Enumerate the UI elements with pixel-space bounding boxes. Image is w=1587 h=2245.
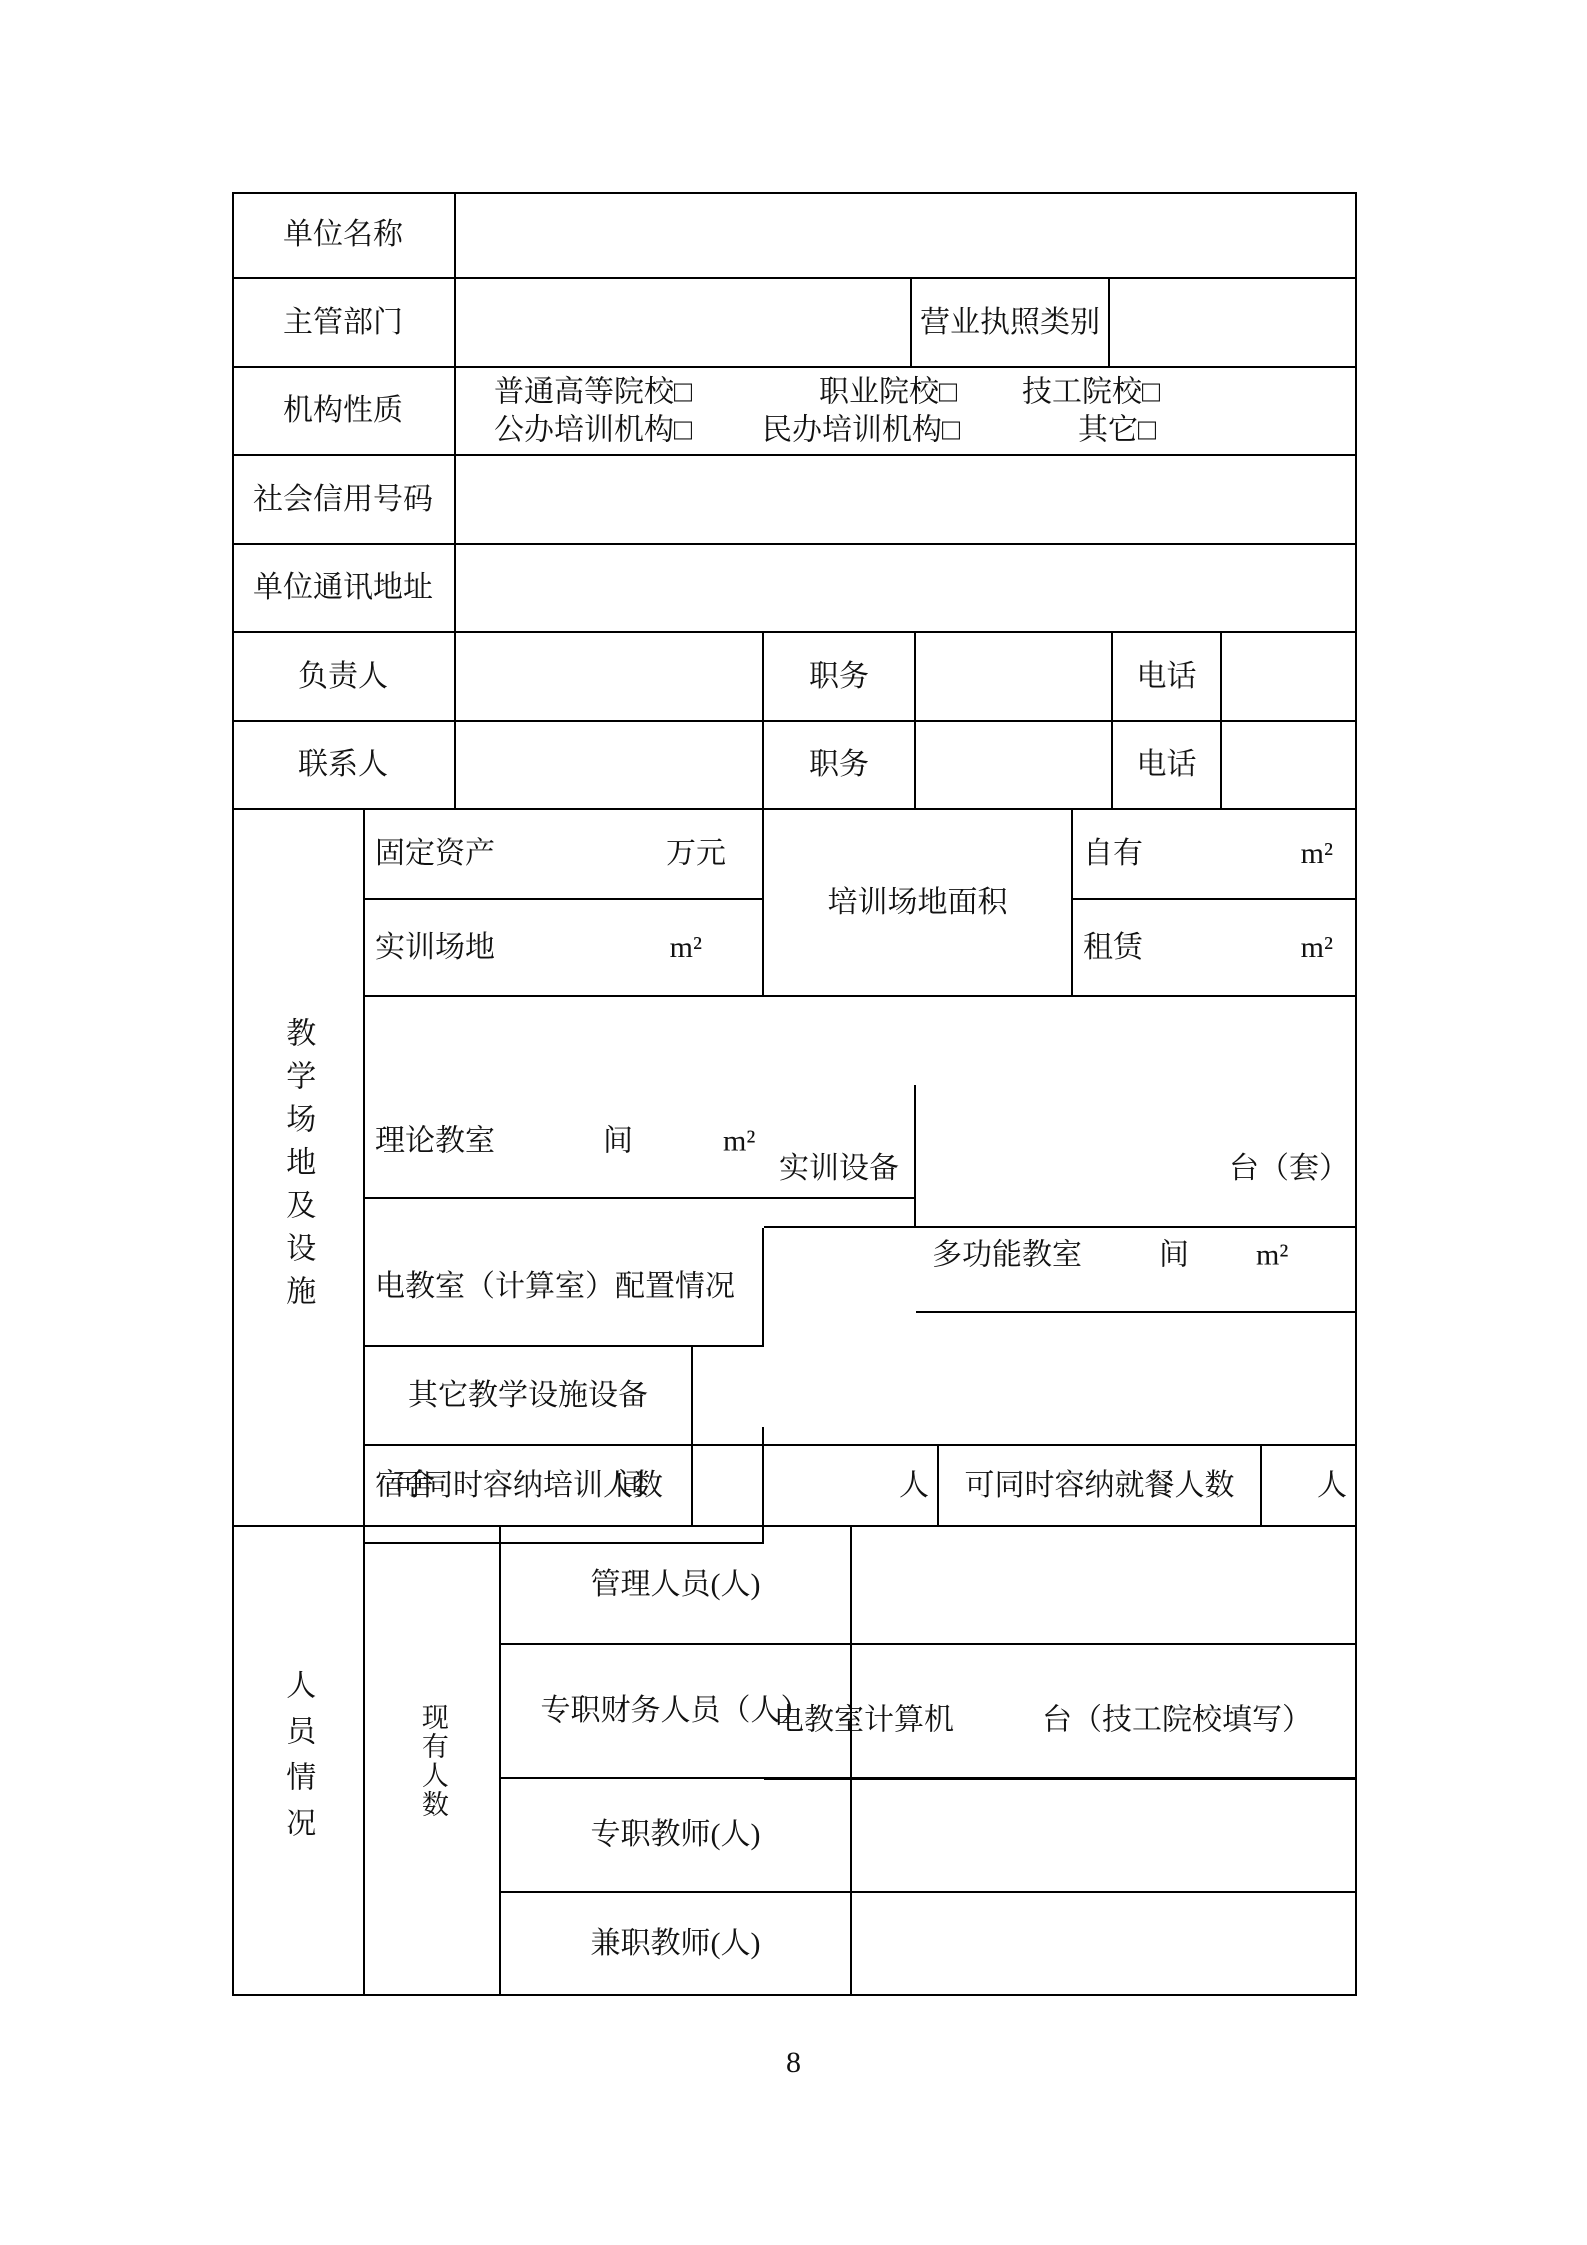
rent-area-cell[interactable]: 租赁 m²: [1073, 900, 1357, 997]
license-type-label: 营业执照类别: [912, 279, 1110, 368]
org-nature-label: 机构性质: [232, 368, 456, 456]
computer-room-label: 电教室（计算室）配置情况: [365, 1228, 764, 1347]
facilities-section-label: 教学场地及设施: [279, 1017, 317, 1318]
theory-room-label: 理论教室: [375, 1122, 495, 1160]
supervisor-value[interactable]: [456, 279, 912, 368]
other-facilities-value[interactable]: [693, 1347, 1357, 1446]
unit-name-value[interactable]: [456, 192, 1357, 279]
contact-duty-label: 职务: [764, 722, 916, 810]
fixed-assets-cell[interactable]: 固定资产 万元: [365, 810, 764, 900]
own-area-unit: m²: [1301, 835, 1333, 873]
option-public-training-checkbox[interactable]: 公办培训机构□: [494, 411, 692, 449]
fulltime-teachers-value[interactable]: [852, 1779, 1357, 1893]
equipment-value-cell[interactable]: 台（套）: [916, 1111, 1357, 1228]
dining-capacity-value-cell[interactable]: 人: [1262, 1446, 1357, 1527]
parttime-teachers-value[interactable]: [852, 1893, 1357, 1996]
rent-area-unit: m²: [1301, 929, 1333, 967]
option-regular-college-checkbox[interactable]: 普通高等院校□: [494, 373, 692, 411]
fixed-assets-label: 固定资产: [375, 835, 495, 873]
contact-value[interactable]: [456, 722, 764, 810]
other-facilities-label: 其它教学设施设备: [365, 1347, 693, 1446]
training-site-label: 实训场地: [375, 929, 495, 967]
equipment-label: 实训设备: [764, 1111, 916, 1228]
own-area-cell[interactable]: 自有 m²: [1073, 810, 1357, 900]
fixed-assets-unit: 万元: [666, 835, 726, 873]
unit-name-label: 单位名称: [232, 192, 456, 279]
training-capacity-value-cell[interactable]: 人: [693, 1446, 939, 1527]
own-area-label: 自有: [1083, 835, 1143, 873]
dining-capacity-unit: 人: [1317, 1467, 1347, 1505]
option-vocational-college-checkbox[interactable]: 职业院校□: [819, 373, 957, 411]
training-capacity-unit: 人: [899, 1467, 929, 1505]
training-site-cell[interactable]: 实训场地 m²: [365, 900, 764, 997]
current-count-label: 现有人数: [415, 1703, 449, 1819]
training-site-unit: m²: [670, 929, 702, 967]
training-capacity-label: 可同时容纳培训人数: [365, 1446, 693, 1527]
registration-form-table: 单位名称 主管部门 营业执照类别 机构性质 普通高等院校□ 职业院校□ 技工院校…: [232, 192, 1357, 1996]
contact-phone-label: 电话: [1113, 722, 1222, 810]
principal-duty-value[interactable]: [916, 633, 1113, 722]
principal-value[interactable]: [456, 633, 764, 722]
equipment-unit: 台（套）: [1229, 1150, 1349, 1188]
supervisor-label: 主管部门: [232, 279, 456, 368]
parttime-teachers-label: 兼职教师(人): [501, 1893, 852, 1996]
managers-label: 管理人员(人): [501, 1527, 852, 1645]
address-value[interactable]: [456, 545, 1357, 633]
finance-staff-value[interactable]: [852, 1645, 1357, 1779]
org-nature-options: 普通高等院校□ 职业院校□ 技工院校□ 公办培训机构□ 民办培训机构□ 其它□: [456, 368, 1357, 456]
option-other-checkbox[interactable]: 其它□: [1078, 411, 1156, 449]
personnel-section-label: 人员情况: [279, 1669, 317, 1853]
personnel-section-header: 人员情况: [232, 1527, 365, 1996]
finance-staff-label: 专职财务人员（人）: [501, 1645, 852, 1779]
theory-room-unit1: 间: [603, 1122, 633, 1160]
page-number: 8: [0, 2046, 1587, 2080]
credit-code-label: 社会信用号码: [232, 456, 456, 545]
credit-code-value[interactable]: [456, 456, 1357, 545]
theory-room-unit2: m²: [723, 1122, 755, 1160]
site-area-label: 培训场地面积: [764, 810, 1073, 997]
dining-capacity-label: 可同时容纳就餐人数: [939, 1446, 1262, 1527]
fulltime-teachers-label: 专职教师(人): [501, 1779, 852, 1893]
option-private-training-checkbox[interactable]: 民办培训机构□: [762, 411, 960, 449]
contact-label: 联系人: [232, 722, 456, 810]
facilities-section-header: 教学场地及设施: [232, 810, 365, 1527]
contact-duty-value[interactable]: [916, 722, 1113, 810]
principal-phone-label: 电话: [1113, 633, 1222, 722]
contact-phone-value[interactable]: [1222, 722, 1357, 810]
principal-label: 负责人: [232, 633, 456, 722]
principal-phone-value[interactable]: [1222, 633, 1357, 722]
current-count-header: 现有人数: [365, 1527, 501, 1996]
license-type-value[interactable]: [1110, 279, 1357, 368]
multi-room-unit2: m²: [1256, 1236, 1288, 1274]
option-technical-college-checkbox[interactable]: 技工院校□: [1022, 373, 1160, 411]
rent-area-label: 租赁: [1083, 929, 1143, 967]
multi-room-label: 多功能教室: [932, 1236, 1082, 1274]
address-label: 单位通讯地址: [232, 545, 456, 633]
managers-value[interactable]: [852, 1527, 1357, 1645]
principal-duty-label: 职务: [764, 633, 916, 722]
multi-room-unit1: 间: [1159, 1236, 1189, 1274]
